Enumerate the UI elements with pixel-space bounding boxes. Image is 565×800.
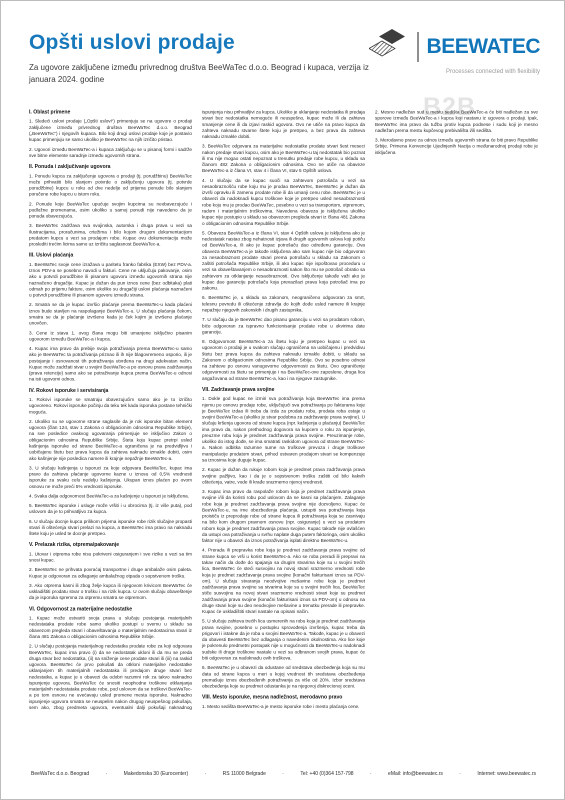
terms-paragraph: 8. Odgovornost BeeWaTec-a za štetu koju … xyxy=(202,339,365,382)
footer-item: Makedonska 30 (Eurocenter) xyxy=(124,771,188,777)
footer-separator: · xyxy=(368,771,374,777)
terms-paragraph: 4. Prerada ili prepravka robe koja je pr… xyxy=(202,547,365,614)
terms-paragraph: 3. Ako otprema kasni ili zbog želje kupc… xyxy=(29,582,192,600)
company-logo: BEEWATEC Processes connected with flexib… xyxy=(369,27,540,75)
footer-separator: · xyxy=(203,771,209,777)
section-heading: IV. Rokovi isporuke i servisiranja xyxy=(29,387,192,394)
section-heading: I. Oblast primene xyxy=(29,109,192,116)
terms-paragraph: 6. U slučaju docnje kupca prilikom prije… xyxy=(29,518,192,536)
footer-item: Internet: www.beewatec.rs xyxy=(477,771,536,777)
logo-tagline: Processes connected with flexibility xyxy=(369,69,540,75)
page-title: Opšti uslovi prodaje xyxy=(29,31,235,55)
terms-paragraph: 1. Kupac može ostvariti svoja prava u sl… xyxy=(29,615,192,640)
terms-paragraph: 5. U slučaju zahteva trećih lica usmeren… xyxy=(202,618,365,661)
section-heading: V. Prelazak rizika, otprema/pakovanje xyxy=(29,542,192,549)
terms-paragraph: 4. U slučaju da se kupac suoči sa zahtev… xyxy=(202,177,365,226)
terms-paragraph: 2. Kupac je dužan da rukuje robom koja j… xyxy=(202,467,365,485)
footer-separator: · xyxy=(457,771,463,777)
terms-paragraph: 2. Smatra se da je kupac izvršio plaćanj… xyxy=(29,302,192,327)
footer-separator: · xyxy=(104,771,110,777)
terms-paragraph: 3. BeeWaTec odgovara za materijalne nedo… xyxy=(202,143,365,174)
terms-paragraph: 2. Mesno nadležan sud u mestu sedišta Be… xyxy=(375,109,538,134)
terms-paragraph: 5. Obaveza BeeWaTec-a iz člana VI, stav … xyxy=(202,230,365,291)
terms-paragraph: 3. Kupac ima pravo da raspolaže robom ko… xyxy=(202,489,365,544)
terms-paragraph: 1. BeeWaTec svoje cene izražava u parite… xyxy=(29,261,192,298)
terms-paragraph: 2. Ugovori između BeeWaTec-a i kupaca za… xyxy=(29,146,192,158)
beewatec-diamond-icon xyxy=(369,27,409,66)
section-heading: II. Ponuda i zaključivanje ugovora xyxy=(29,164,192,171)
terms-paragraph: 7. U slučaju da je BeeWaTec dao pisanu g… xyxy=(202,317,365,335)
terms-paragraph: 4. Kupac ima pravo da prebije svoja potr… xyxy=(29,346,192,383)
terms-paragraph: 1. Dokle god kupac ne izmiri sva potraži… xyxy=(202,396,365,463)
section-heading: VIII. Mesto isporuke, mesna nadležnost, … xyxy=(202,694,365,701)
terms-paragraph: 2. Ukoliko su se ugovorne strane saglasi… xyxy=(29,418,192,461)
terms-paragraph: 5. BeeWaTec isporuke i usluge može vršit… xyxy=(29,503,192,515)
terms-paragraph: 1. Rokovi isporuke se smatraju obavezuju… xyxy=(29,397,192,415)
terms-paragraph: 3. U slučaju kašnjenja u isporuci za koj… xyxy=(29,465,192,490)
footer-item: RS 11000 Belgrade xyxy=(223,771,266,777)
terms-paragraph: 3. Cene iz stava 1. ovog člana mogu biti… xyxy=(29,330,192,342)
logo-divider xyxy=(417,32,419,62)
terms-paragraph: 2. Ponude koje BeeWaTec upućuje svojim k… xyxy=(29,201,192,219)
section-heading: VII. Zadržavanje prava svojine xyxy=(202,386,365,393)
footer-item: Tel: +40 (0)364 157-798 xyxy=(300,771,353,777)
terms-paragraph: 3. Merodavno pravo za odnos između ugovo… xyxy=(375,137,538,155)
terms-paragraph: 2. BeeWaTec ne prihvata povraćaj transpo… xyxy=(29,567,192,579)
terms-paragraph: 6. BeeWaTec je u obavezi da odustane od … xyxy=(202,665,365,690)
terms-paragraph: 1. Mesto sedišta BeeWaTec-a je mesto isp… xyxy=(202,703,365,709)
footer-separator: · xyxy=(280,771,286,777)
footer-item: BeeWaTec d.o.o. Beograd xyxy=(31,771,89,777)
document-page: Opšti uslovi prodaje Za ugovore zaključe… xyxy=(0,0,565,800)
terms-columns: I. Oblast primene1. Sledeći uslovi proda… xyxy=(29,109,538,712)
terms-paragraph: 4. Svaka dalja odgovornost BeeWaTec-a za… xyxy=(29,493,192,499)
footer-item: eMail: info@beewatec.rs xyxy=(388,771,443,777)
terms-paragraph: 6. BeeWaTec je, u skladu sa zakonom, neo… xyxy=(202,295,365,313)
logo-wordmark: BEEWATEC xyxy=(427,35,540,59)
terms-paragraph: 3. BeeWaTec zadržava sva svojinska, auto… xyxy=(29,223,192,248)
terms-paragraph: 1. Sledeći uslovi prodaje („Opšti uslovi… xyxy=(29,118,192,143)
terms-paragraph: 1. Utovar i otprema robe nisu pokriveni … xyxy=(29,551,192,563)
section-heading: VI. Odgovornost za materijalne nedostatk… xyxy=(29,606,192,613)
terms-paragraph: 1. Ponudu kupca za zaključenje ugovora o… xyxy=(29,173,192,198)
page-subtitle: Za ugovore zaključene između privrednog … xyxy=(29,62,369,85)
footer-line: BeeWaTec d.o.o. Beograd·Makedonska 30 (E… xyxy=(31,771,536,777)
section-heading: III. Uslovi plaćanja xyxy=(29,252,192,259)
